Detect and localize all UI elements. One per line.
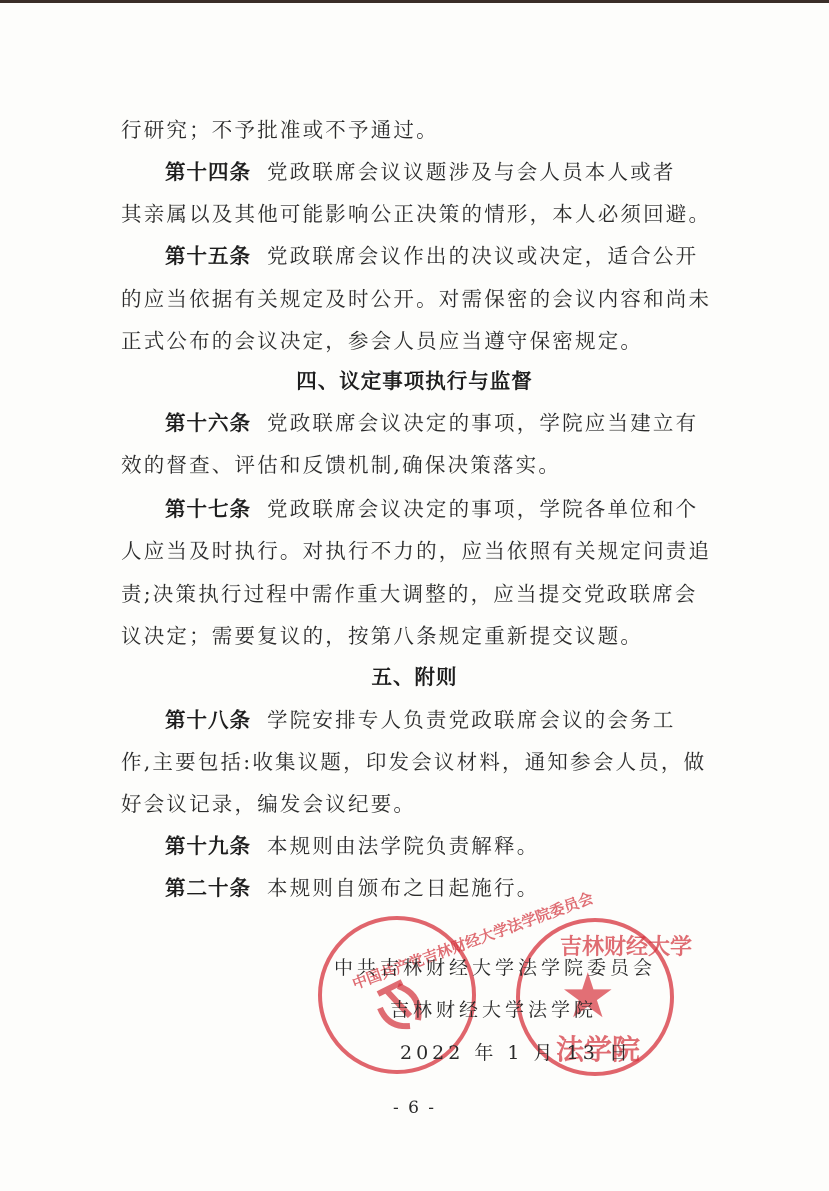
article-16: 第十六条党政联席会议决定的事项，学院应当建立有 — [165, 408, 765, 438]
article-14: 第十四条党政联席会议议题涉及与会人员本人或者 — [165, 157, 765, 187]
article-label: 第二十条 — [165, 876, 251, 900]
paragraph-line: 的应当依据有关规定及时公开。对需保密的会议内容和尚未 — [121, 284, 721, 314]
article-17: 第十七条党政联席会议决定的事项，学院各单位和个 — [165, 494, 765, 524]
page-number: - 6 - — [0, 1098, 829, 1118]
section-heading-5: 五、附则 — [0, 662, 829, 692]
paragraph-line: 行研究；不予批准或不予通过。 — [121, 115, 721, 145]
signature-date: 2022 年 1 月 13 日 — [400, 1040, 632, 1066]
paragraph-line: 人应当及时执行。对执行不力的，应当依照有关规定问责追 — [121, 536, 721, 566]
article-19: 第十九条本规则由法学院负责解释。 — [165, 831, 765, 861]
article-label: 第十八条 — [165, 708, 251, 732]
article-label: 第十五条 — [165, 244, 251, 268]
signature-org-school: 吉林财经大学法学院 — [390, 997, 597, 1023]
scan-top-edge — [0, 0, 829, 3]
article-label: 第十六条 — [165, 411, 251, 435]
article-label: 第十四条 — [165, 160, 251, 184]
paragraph-line: 议决定；需要复议的，按第八条规定重新提交议题。 — [121, 621, 721, 651]
section-heading-4: 四、议定事项执行与监督 — [0, 366, 829, 396]
paragraph-line: 效的督查、评估和反馈机制,确保决策落实。 — [121, 450, 721, 480]
article-20: 第二十条本规则自颁布之日起施行。 — [165, 873, 765, 903]
article-15: 第十五条党政联席会议作出的决议或决定，适合公开 — [165, 241, 765, 271]
paragraph-line: 责;决策执行过程中需作重大调整的，应当提交党政联席会 — [121, 579, 721, 609]
signature-org-committee: 中共吉林财经大学法学院委员会 — [334, 955, 656, 981]
article-label: 第十七条 — [165, 497, 251, 521]
paragraph-line: 其亲属以及其他可能影响公正决策的情形，本人必须回避。 — [121, 199, 721, 229]
article-18: 第十八条学院安排专人负责党政联席会议的会务工 — [165, 705, 765, 735]
paragraph-line: 作,主要包括:收集议题，印发会议材料，通知参会人员，做 — [121, 747, 721, 777]
paragraph-line: 正式公布的会议决定，参会人员应当遵守保密规定。 — [121, 326, 721, 356]
article-label: 第十九条 — [165, 834, 251, 858]
paragraph-line: 好会议记录，编发会议纪要。 — [121, 789, 721, 819]
